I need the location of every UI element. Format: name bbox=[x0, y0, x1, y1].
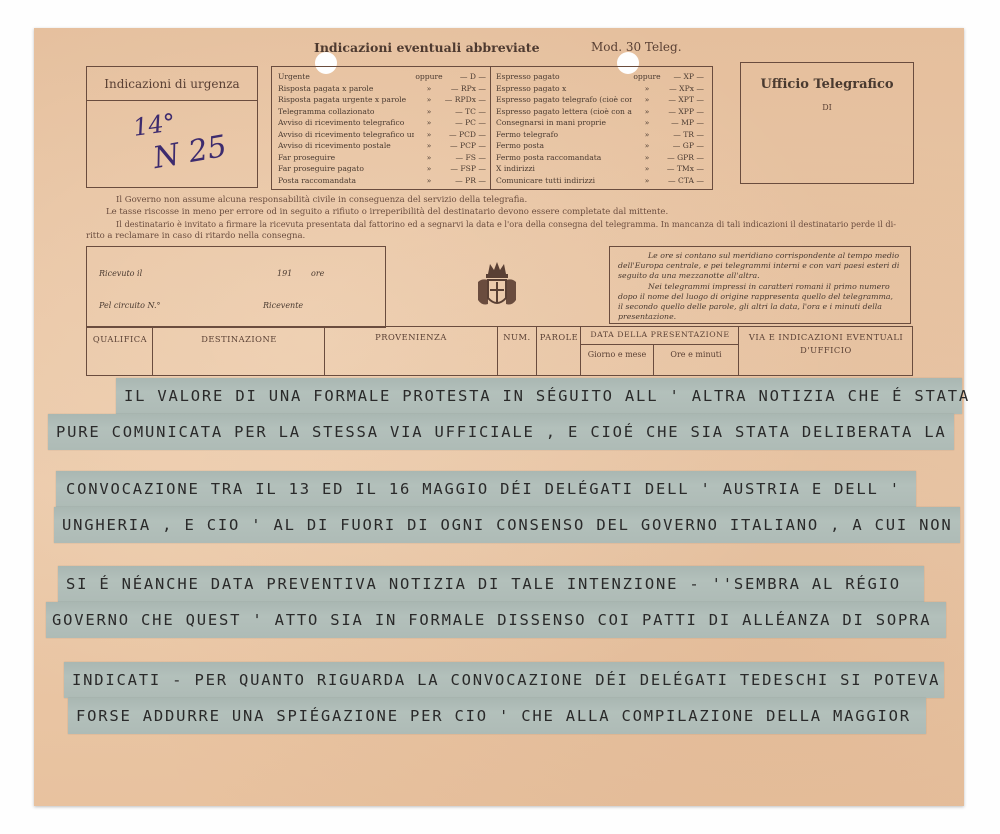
abbreviation-label: Fermo posta bbox=[496, 140, 632, 152]
meridian-note-line: Nei telegrammi impressi in caratteri rom… bbox=[618, 282, 899, 292]
message-strip-text: UNGHERIA , E CIO ' AL DI FUORI DI OGNI C… bbox=[62, 516, 953, 534]
notice-line-4: ritto a reclamare in caso di ritardo nel… bbox=[86, 230, 305, 243]
abbreviation-code: — TC — bbox=[444, 106, 486, 118]
meridian-note-line: seguito da una mezzanotte all'altra. bbox=[618, 271, 899, 281]
abbreviation-row: Comunicare tutti indirizzi»— CTA — bbox=[496, 175, 704, 187]
abbreviation-label: Fermo posta raccomandata bbox=[496, 152, 632, 164]
abbreviation-separator: oppure bbox=[414, 71, 444, 83]
received-year-label: 191 bbox=[277, 269, 292, 278]
office-box: Ufficio Telegrafico DI bbox=[740, 62, 914, 184]
abbreviation-row: Far proseguire»— FS — bbox=[278, 152, 486, 164]
abbreviation-label: Risposta pagata x parole bbox=[278, 83, 414, 95]
abbreviation-separator: » bbox=[414, 94, 444, 106]
abbreviation-separator: » bbox=[414, 129, 444, 141]
column-destinazione: DESTINAZIONE bbox=[154, 334, 324, 344]
urgency-box: Indicazioni di urgenza 14° N 25 bbox=[86, 66, 258, 188]
meridian-note: Le ore si contano sul meridiano corrispo… bbox=[618, 251, 899, 322]
message-strip: SI É NÉANCHE DATA PREVENTIVA NOTIZIA DI … bbox=[58, 566, 924, 602]
abbreviation-separator: » bbox=[414, 175, 444, 187]
columns-bottom-border bbox=[86, 375, 912, 376]
abbreviation-separator: » bbox=[632, 106, 662, 118]
message-strip-text: CONVOCAZIONE TRA IL 13 ED IL 16 MAGGIO D… bbox=[66, 480, 901, 498]
message-strip-text: FORSE ADDURRE UNA SPIÉGAZIONE PER CIO ' … bbox=[76, 707, 911, 725]
abbreviation-separator: » bbox=[632, 152, 662, 164]
column-data-presentazione: DATA DELLA PRESENTAZIONE bbox=[581, 330, 739, 339]
meridian-note-line: Le ore si contano sul meridiano corrispo… bbox=[618, 251, 899, 261]
abbreviation-separator: » bbox=[632, 175, 662, 187]
abbreviation-label: Far proseguire bbox=[278, 152, 414, 164]
abbreviation-label: Espresso pagato lettera (cioè con avviso… bbox=[496, 106, 632, 118]
column-divider bbox=[324, 326, 325, 376]
abbreviation-row: Avviso di ricevimento telegrafico»— PC — bbox=[278, 117, 486, 129]
message-strip-text: PURE COMUNICATA PER LA STESSA VIA UFFICI… bbox=[56, 423, 947, 441]
abbreviation-label: Risposta pagata urgente x parole bbox=[278, 94, 414, 106]
abbreviation-row: Fermo posta raccomandata»— GPR — bbox=[496, 152, 704, 164]
message-strip: IL VALORE DI UNA FORMALE PROTESTA IN SÉG… bbox=[116, 378, 962, 414]
office-di-label: DI bbox=[741, 103, 913, 112]
abbreviation-code: — XPx — bbox=[662, 83, 704, 95]
abbreviation-separator: » bbox=[632, 83, 662, 95]
abbreviation-row: Risposta pagata x parole»— RPx — bbox=[278, 83, 486, 95]
abbreviation-code: — CTA — bbox=[662, 175, 704, 187]
message-strip: UNGHERIA , E CIO ' AL DI FUORI DI OGNI C… bbox=[54, 507, 960, 543]
abbreviations-left-list: Urgenteoppure— D —Risposta pagata x paro… bbox=[278, 71, 486, 186]
abbreviation-label: Avviso di ricevimento postale bbox=[278, 140, 414, 152]
abbreviation-row: Urgenteoppure— D — bbox=[278, 71, 486, 83]
abbreviation-label: Posta raccomandata bbox=[278, 175, 414, 187]
abbreviation-code: — GP — bbox=[662, 140, 704, 152]
abbreviation-separator: » bbox=[632, 117, 662, 129]
circuit-number-label: Pel circuito N.° bbox=[99, 301, 161, 310]
message-strip: INDICATI - PER QUANTO RIGUARDA LA CONVOC… bbox=[64, 662, 944, 698]
abbreviation-row: Espresso pagatooppure— XP — bbox=[496, 71, 704, 83]
message-strip: PURE COMUNICATA PER LA STESSA VIA UFFICI… bbox=[48, 414, 954, 450]
notice-line-1: Il Governo non assume alcuna responsabil… bbox=[116, 194, 527, 207]
abbreviation-row: Espresso pagato telegrafo (cioè con avvi… bbox=[496, 94, 704, 106]
abbreviation-row: Fermo posta»— GP — bbox=[496, 140, 704, 152]
abbreviation-label: Fermo telegrafo bbox=[496, 129, 632, 141]
notice-line-2: Le tasse riscosse in meno per errore od … bbox=[106, 206, 668, 219]
form-model-number: Mod. 30 Teleg. bbox=[591, 40, 682, 54]
abbreviation-separator: » bbox=[414, 106, 444, 118]
abbreviation-label: Espresso pagato bbox=[496, 71, 632, 83]
receiver-label: Ricevente bbox=[263, 301, 303, 310]
abbreviation-label: X indirizzi bbox=[496, 163, 632, 175]
handwritten-note-line1: 14° bbox=[131, 108, 177, 142]
abbreviation-code: — RPx — bbox=[444, 83, 486, 95]
abbreviation-code: — TR — bbox=[662, 129, 704, 141]
abbreviation-separator: » bbox=[414, 83, 444, 95]
abbreviation-row: Espresso pagato x»— XPx — bbox=[496, 83, 704, 95]
abbreviation-label: Far proseguire pagato bbox=[278, 163, 414, 175]
abbreviation-separator: » bbox=[414, 140, 444, 152]
urgency-title: Indicazioni di urgenza bbox=[87, 77, 257, 91]
abbreviation-row: Posta raccomandata»— PR — bbox=[278, 175, 486, 187]
abbreviation-code: — XPT — bbox=[662, 94, 704, 106]
abbreviation-code: — FSP — bbox=[444, 163, 486, 175]
columns-top-border bbox=[86, 326, 912, 327]
column-provenienza: PROVENIENZA bbox=[326, 332, 496, 342]
meridian-note-line: presentazione. bbox=[618, 312, 899, 322]
abbreviation-separator: » bbox=[632, 140, 662, 152]
abbreviation-label: Avviso di ricevimento telegrafico urgent… bbox=[278, 129, 414, 141]
notice-line-3: Il destinatario è invitato a firmare la … bbox=[116, 218, 896, 231]
abbreviation-label: Urgente bbox=[278, 71, 414, 83]
message-strip-text: INDICATI - PER QUANTO RIGUARDA LA CONVOC… bbox=[72, 671, 940, 689]
meridian-note-line: il secondo quello delle parole, gli altr… bbox=[618, 302, 899, 312]
column-via-indicazioni-line1: VIA E INDICAZIONI EVENTUALI bbox=[740, 332, 912, 342]
abbreviation-separator: oppure bbox=[632, 71, 662, 83]
abbreviation-code: — D — bbox=[444, 71, 486, 83]
abbreviation-code: — XP — bbox=[662, 71, 704, 83]
message-strip: GOVERNO CHE QUEST ' ATTO SIA IN FORMALE … bbox=[46, 602, 946, 638]
abbreviation-code: — GPR — bbox=[662, 152, 704, 164]
abbreviation-code: — TMx — bbox=[662, 163, 704, 175]
received-date-label: Ricevuto il bbox=[99, 269, 142, 278]
abbreviation-row: Risposta pagata urgente x parole»— RPDx … bbox=[278, 94, 486, 106]
abbreviation-label: Telegramma collazionato bbox=[278, 106, 414, 118]
abbreviation-label: Comunicare tutti indirizzi bbox=[496, 175, 632, 187]
message-strip-text: GOVERNO CHE QUEST ' ATTO SIA IN FORMALE … bbox=[52, 611, 931, 629]
abbreviation-separator: » bbox=[414, 117, 444, 129]
abbreviation-row: Fermo telegrafo»— TR — bbox=[496, 129, 704, 141]
abbreviation-row: Espresso pagato lettera (cioè con avviso… bbox=[496, 106, 704, 118]
abbreviation-separator: » bbox=[632, 163, 662, 175]
abbreviation-label: Consegnarsi in mani proprie bbox=[496, 117, 632, 129]
abbreviation-code: — PR — bbox=[444, 175, 486, 187]
abbreviation-separator: » bbox=[414, 152, 444, 164]
abbreviation-code: — PCP — bbox=[444, 140, 486, 152]
form-title: Indicazioni eventuali abbreviate bbox=[314, 40, 540, 55]
message-strip: CONVOCAZIONE TRA IL 13 ED IL 16 MAGGIO D… bbox=[56, 471, 916, 507]
meridian-note-line: dopo il nome del luogo di origine rappre… bbox=[618, 292, 899, 302]
abbreviation-code: — MP — bbox=[662, 117, 704, 129]
abbreviation-row: Avviso di ricevimento postale»— PCP — bbox=[278, 140, 486, 152]
column-divider bbox=[152, 326, 153, 376]
office-title: Ufficio Telegrafico bbox=[741, 77, 913, 92]
abbreviation-row: Consegnarsi in mani proprie»— MP — bbox=[496, 117, 704, 129]
abbreviation-code: — PCD — bbox=[444, 129, 486, 141]
column-qualifica: QUALIFICA bbox=[88, 334, 152, 344]
abbreviation-label: Espresso pagato telegrafo (cioè con avvi… bbox=[496, 94, 632, 106]
abbreviations-divider bbox=[490, 67, 491, 189]
column-divider bbox=[653, 344, 654, 376]
abbreviation-code: — FS — bbox=[444, 152, 486, 164]
urgency-divider bbox=[87, 100, 257, 101]
column-via-indicazioni-line2: D'UFFICIO bbox=[740, 345, 912, 355]
telegram-form: Indicazioni eventuali abbreviate Mod. 30… bbox=[34, 28, 964, 806]
abbreviation-separator: » bbox=[414, 163, 444, 175]
column-giorno-mese: Giorno e mese bbox=[581, 350, 653, 359]
meridian-note-box: Le ore si contano sul meridiano corrispo… bbox=[609, 246, 911, 324]
abbreviations-right-list: Espresso pagatooppure— XP —Espresso paga… bbox=[496, 71, 704, 186]
column-divider bbox=[86, 326, 87, 376]
abbreviation-row: Telegramma collazionato»— TC — bbox=[278, 106, 486, 118]
meridian-note-line: dell'Europa centrale, e pei telegrammi i… bbox=[618, 261, 899, 271]
column-num: NUM. bbox=[497, 332, 537, 342]
abbreviation-row: Far proseguire pagato»— FSP — bbox=[278, 163, 486, 175]
abbreviation-label: Avviso di ricevimento telegrafico bbox=[278, 117, 414, 129]
date-subheader-divider bbox=[580, 344, 738, 345]
column-ore-minuti: Ore e minuti bbox=[654, 350, 738, 359]
message-strip: FORSE ADDURRE UNA SPIÉGAZIONE PER CIO ' … bbox=[68, 698, 926, 734]
abbreviation-code: — PC — bbox=[444, 117, 486, 129]
received-box: Ricevuto il 191 ore Pel circuito N.° Ric… bbox=[86, 246, 386, 328]
abbreviation-label: Espresso pagato x bbox=[496, 83, 632, 95]
royal-crest-icon bbox=[474, 260, 520, 312]
abbreviation-row: Avviso di ricevimento telegrafico urgent… bbox=[278, 129, 486, 141]
abbreviation-separator: » bbox=[632, 94, 662, 106]
abbreviation-row: X indirizzi»— TMx — bbox=[496, 163, 704, 175]
message-strip-text: SI É NÉANCHE DATA PREVENTIVA NOTIZIA DI … bbox=[66, 575, 901, 593]
column-parole: PAROLE bbox=[537, 332, 581, 342]
column-divider bbox=[912, 326, 913, 376]
abbreviation-separator: » bbox=[632, 129, 662, 141]
abbreviation-code: — RPDx — bbox=[444, 94, 486, 106]
message-strip-text: IL VALORE DI UNA FORMALE PROTESTA IN SÉG… bbox=[124, 387, 970, 405]
received-hour-label: ore bbox=[311, 269, 324, 278]
abbreviation-code: — XPP — bbox=[662, 106, 704, 118]
abbreviations-box: Urgenteoppure— D —Risposta pagata x paro… bbox=[271, 66, 713, 190]
